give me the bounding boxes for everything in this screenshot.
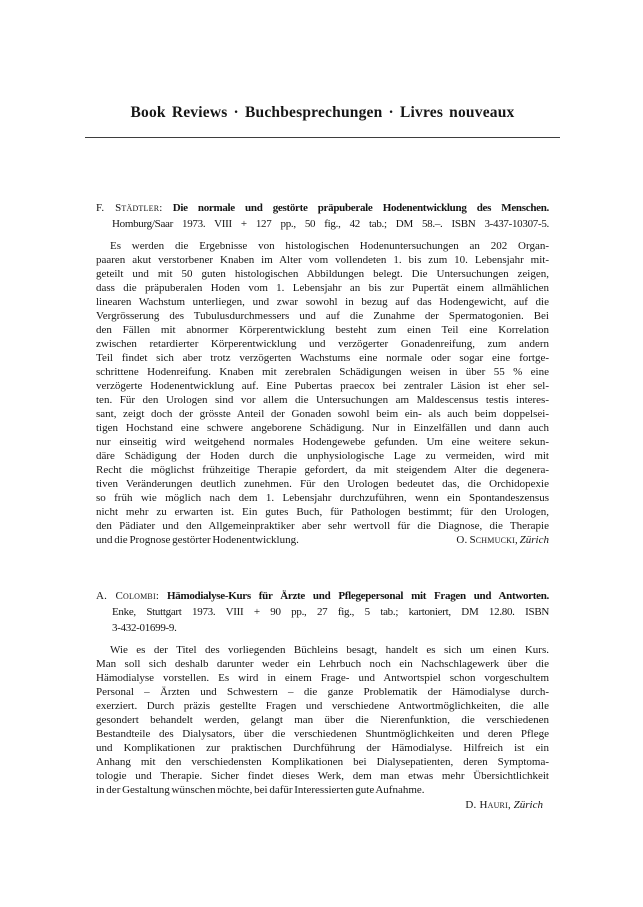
review-author: F. Städtler: [96, 202, 163, 214]
text-line: paaren akut verstorbener Knaben im Alter… [96, 253, 549, 267]
text-line: Man soll sich deshalb darunter weder ein… [96, 657, 549, 671]
text-line: Hämodialyse vorstellen. Es wird in einem… [96, 671, 549, 685]
page-title: Book Reviews · Buchbesprechungen · Livre… [96, 103, 549, 123]
text-line: geteilt und mit 50 guten histologischen … [96, 267, 549, 281]
text-line: schrittene Hodenreifung. Knaben mit zere… [96, 365, 549, 379]
text-line: linearen Wachstum unterliegen, und zwar … [96, 295, 549, 309]
reviewer-name: D. Hauri, [465, 799, 511, 811]
text-line: exerziert. Durch präzis gestellte Fragen… [96, 699, 549, 713]
book-review-colombi: A. Colombi: Hämodialyse-Kurs für Ärzte u… [96, 588, 549, 812]
text-line: Anhang mit den verschiedensten Komplikat… [96, 755, 549, 769]
book-title: Die normale und gestörte präpuberale Hod… [173, 202, 549, 214]
body-last-text: und die Prognose gestörter Hodenentwickl… [96, 533, 299, 547]
text-line: verzögerte Hodenentwicklung auf. Eine Pu… [96, 379, 549, 393]
text-line: dass die präpuberalen Hoden vom 1. Leben… [96, 281, 549, 295]
text-line: Recht die möglichst frühzeitige Therapie… [96, 463, 549, 477]
header-rule [85, 137, 560, 138]
text-line: den Fällen mit abnormer Körperentwicklun… [96, 323, 549, 337]
text-line: Personal – Ärzten und Schwestern – die g… [96, 685, 549, 699]
text-line: Bestandteile des Dialysators, über die v… [96, 727, 549, 741]
text-line: tigen Hochstand eine schwere angeborene … [96, 421, 549, 435]
citation-first-line: A. Colombi: Hämodialyse-Kurs für Ärzte u… [96, 588, 549, 604]
text-line: so früh wie möglich nach dem 1. Lebensja… [96, 491, 549, 505]
text-line: tologie und Therapie. Sicher findet dies… [96, 769, 549, 783]
text-line: däre Schädigung der Hoden durch die unph… [96, 449, 549, 463]
body-last-text: in der Gestaltung wünschen möchte, bei d… [96, 783, 549, 797]
reviewer-signature: D. Hauri, Zürich [96, 798, 549, 812]
reviewer-signature: O. Schmucki, Zürich [456, 533, 549, 547]
book-citation: A. Colombi: Hämodialyse-Kurs für Ärzte u… [96, 588, 549, 636]
text-line: Es werden die Ergebnisse von histologisc… [96, 239, 549, 253]
text-line: Teil findet sich aber trotz verzögerten … [96, 351, 549, 365]
book-imprint: Enke, Stuttgart 1973. VIII + 90 pp., 27 … [96, 604, 549, 620]
citation-first-line: F. Städtler: Die normale und gestörte pr… [96, 200, 549, 216]
text-line: Vergrösserung des Tubulusdurchmessers un… [96, 309, 549, 323]
book-review-staedtler: F. Städtler: Die normale und gestörte pr… [96, 200, 549, 547]
book-title: Hämodialyse-Kurs für Ärzte und Pflegeper… [167, 590, 549, 602]
review-body: Wie es der Titel des vorliegenden Büchle… [96, 643, 549, 783]
book-imprint: Homburg/Saar 1973. VIII + 127 pp., 50 fi… [96, 216, 549, 232]
text-line: nicht mehr zu erwarten ist. Ein gutes Bu… [96, 505, 549, 519]
text-line: zwischen retardierter Körperentwicklung … [96, 337, 549, 351]
review-last-line: und die Prognose gestörter Hodenentwickl… [96, 533, 549, 547]
text-line: sant, zeigt doch der grösste Anteil der … [96, 407, 549, 421]
text-line: den Pädiater und den Allgemeinpraktiker … [96, 519, 549, 533]
reviewer-city: Zürich [520, 534, 549, 546]
journal-page: Book Reviews · Buchbesprechungen · Livre… [0, 0, 643, 907]
reviewer-name: O. Schmucki, [456, 534, 518, 546]
text-line: Wie es der Titel des vorliegenden Büchle… [96, 643, 549, 657]
reviewer-city: Zürich [514, 799, 543, 811]
review-author: A. Colombi: [96, 590, 159, 602]
book-imprint-isbn: 3-432-01699-9. [96, 620, 549, 636]
review-body: Es werden die Ergebnisse von histologisc… [96, 239, 549, 533]
content-column: Book Reviews · Buchbesprechungen · Livre… [96, 0, 549, 812]
book-citation: F. Städtler: Die normale und gestörte pr… [96, 200, 549, 232]
text-line: tiven Veränderungen deutlich zunehmen. F… [96, 477, 549, 491]
text-line: und Komplikationen zur praktischen Durch… [96, 741, 549, 755]
text-line: gesondert behandelt werden, gelangt man … [96, 713, 549, 727]
text-line: ten. Für den Urologen sind vor allem die… [96, 393, 549, 407]
text-line: nur einseitig wird weitgehend normales H… [96, 435, 549, 449]
